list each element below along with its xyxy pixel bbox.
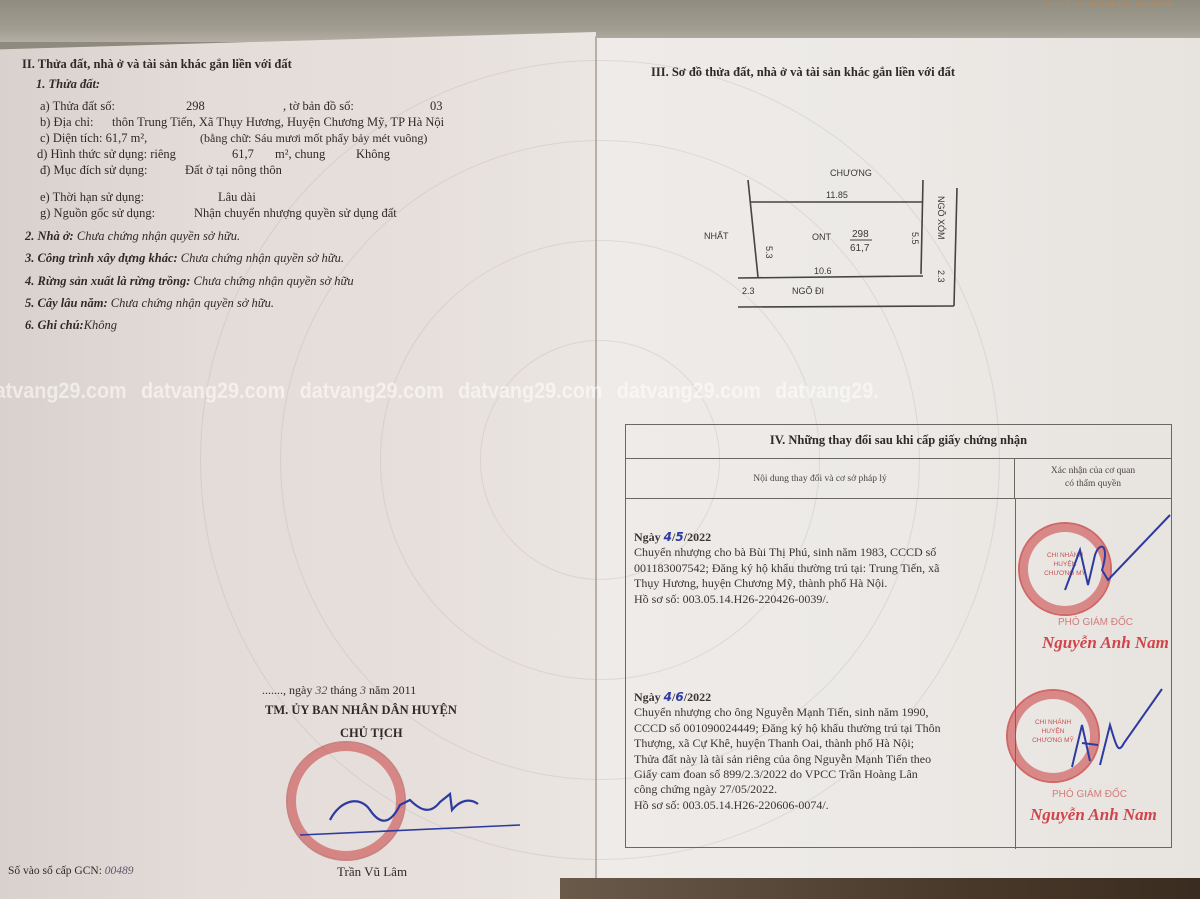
parcel-diagram: CHƯƠNG 11.85 NHẤT 5.3 ONT 298 61,7 5.5 1… xyxy=(690,160,980,315)
section-4-title: IV. Những thay đổi sau khi cấp giấy chứn… xyxy=(626,425,1171,459)
purpose-value: Đất ở tại nông thôn xyxy=(185,163,282,177)
deputy-director-signature xyxy=(1060,510,1175,600)
north-neighbor-label: CHƯƠNG xyxy=(830,168,872,178)
signer-name: Nguyễn Anh Nam xyxy=(1042,633,1169,653)
map-sheet-value: 03 xyxy=(430,99,443,113)
entry-date: Ngày 4/5/2022 xyxy=(634,530,939,545)
change-entry: Ngày 4/6/2022 Chuyển nhượng cho ông Nguy… xyxy=(634,690,941,813)
address-label: b) Địa chỉ: xyxy=(40,115,93,129)
table-surface xyxy=(560,878,1200,899)
land-heading: 1. Thửa đất: xyxy=(36,77,100,91)
signer-title: PHÓ GIÁM ĐỐC xyxy=(1058,617,1133,628)
origin-label: g) Nguồn gốc sử dụng: xyxy=(40,206,155,220)
parcel-number-label: a) Thửa đất số: xyxy=(40,99,115,113)
east-road-width-label: 2.3 xyxy=(936,270,946,283)
column-header-confirmation: Xác nhận của cơ quan có thẩm quyền xyxy=(1015,459,1171,499)
term-label: e) Thời hạn sử dụng: xyxy=(40,190,144,204)
right-length-label: 5.5 xyxy=(910,232,920,245)
parcel-number-label: 298 xyxy=(852,229,869,240)
planted-forest-item: 4. Rừng sản xuất là rừng trồng: Chưa chứ… xyxy=(25,274,354,288)
signer-name: Nguyễn Anh Nam xyxy=(1030,805,1157,825)
registry-number: Số vào sổ cấp GCN: 00489 xyxy=(8,864,134,878)
section-2-title: II. Thửa đất, nhà ở và tài sản khác gắn … xyxy=(22,57,292,71)
area-label: 61,7 xyxy=(850,243,870,254)
column-header-content: Nội dung thay đổi và cơ sở pháp lý xyxy=(626,459,1015,499)
usage-form-label: d) Hình thức sử dụng: riêng xyxy=(37,147,176,161)
signer-role: CHỦ TỊCH xyxy=(340,726,403,740)
issuing-authority: TM. ỦY BAN NHÂN DÂN HUYỆN xyxy=(265,703,457,717)
area-label: c) Diện tích: 61,7 m², xyxy=(40,131,147,145)
top-length-label: 11.85 xyxy=(826,190,848,200)
chairman-signature xyxy=(300,780,530,840)
usage-shared-value: Không xyxy=(356,147,390,161)
address-value: thôn Trung Tiến, Xã Thụy Hương, Huyện Ch… xyxy=(112,115,444,129)
deputy-director-signature xyxy=(1068,685,1168,775)
purpose-label: đ) Mục đích sử dụng: xyxy=(40,163,147,177)
land-code-label: ONT xyxy=(812,232,832,242)
background-surface xyxy=(0,0,1200,42)
change-entry: Ngày 4/5/2022 Chuyển nhượng cho bà Bùi T… xyxy=(634,530,939,607)
west-neighbor-label: NHẤT xyxy=(704,231,729,241)
house-item: 2. Nhà ở: Chưa chứng nhận quyền sở hữu. xyxy=(25,229,240,243)
left-length-label: 5.3 xyxy=(764,246,774,259)
east-road-label: NGÕ XÓM xyxy=(936,196,946,240)
signer-title: PHÓ GIÁM ĐỐC xyxy=(1052,789,1127,800)
entry-date: Ngày 4/6/2022 xyxy=(634,690,941,705)
south-road-width-label: 2.3 xyxy=(742,286,755,296)
bottom-length-label: 10.6 xyxy=(814,266,832,276)
column-divider xyxy=(1015,499,1016,849)
map-sheet-label: , tờ bản đồ số: xyxy=(283,99,354,113)
issue-date-line: ......., ngày 32 tháng 3 năm 2011 xyxy=(262,683,416,697)
chairman-name: Trần Vũ Lâm xyxy=(337,865,407,879)
section-3-title: III. Sơ đồ thửa đất, nhà ở và tài sản kh… xyxy=(651,65,955,79)
south-road-label: NGÕ ĐI xyxy=(792,286,824,296)
perennial-trees-item: 5. Cây lâu năm: Chưa chứng nhận quyền sở… xyxy=(25,296,274,310)
area-in-words: (bằng chữ: Sáu mươi mốt phẩy bảy mét vuô… xyxy=(200,131,427,145)
page-fold xyxy=(595,36,597,892)
origin-value: Nhận chuyển nhượng quyền sử dụng đất xyxy=(194,206,397,220)
slogan-text: CHIA SẺ CƠ HỘI - HỢP TÁC THÀNH CÔNG xyxy=(1046,2,1174,8)
usage-shared-label: m², chung xyxy=(275,147,325,161)
usage-private-area: 61,7 xyxy=(232,147,254,161)
notes-item: 6. Ghi chú:Không xyxy=(25,318,117,332)
watermark-band: atvang29.com datvang29.com datvang29.com… xyxy=(0,378,1080,412)
term-value: Lâu dài xyxy=(218,190,256,204)
other-construction-item: 3. Công trình xây dựng khác: Chưa chứng … xyxy=(25,251,344,265)
parcel-number-value: 298 xyxy=(186,99,205,113)
